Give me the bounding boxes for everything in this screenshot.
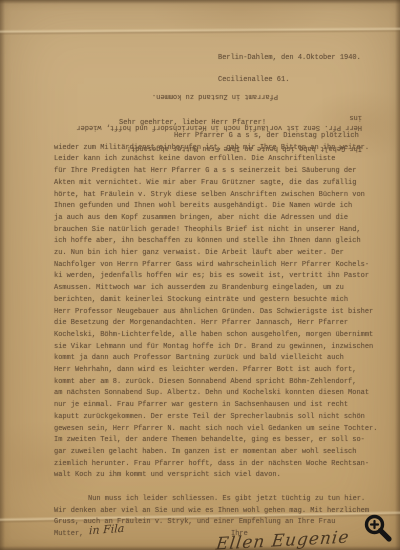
fold-crease-top [0,27,400,36]
paper-edge-right [395,0,400,550]
paper-edge-left [0,0,5,550]
letter-body: Herr Pfarrer G a s s, der Dienstag plötz… [54,131,394,482]
postscript-line: Pfarramt in Zustand zu kommen. [64,91,278,102]
handwritten-insert: in Fila [89,522,125,538]
zoom-in-button[interactable] [362,512,394,544]
paper-edge-top [0,0,400,4]
salutation: Sehr geehrter, lieber Herr Pfarrer! [119,118,266,130]
dateline-place-date: Berlin-Dahlem, den 4.Oktober 1940. [218,53,361,64]
letter-page: Berlin-Dahlem, den 4.Oktober 1940. Cecil… [0,0,400,550]
magnifier-plus-icon [362,512,394,544]
